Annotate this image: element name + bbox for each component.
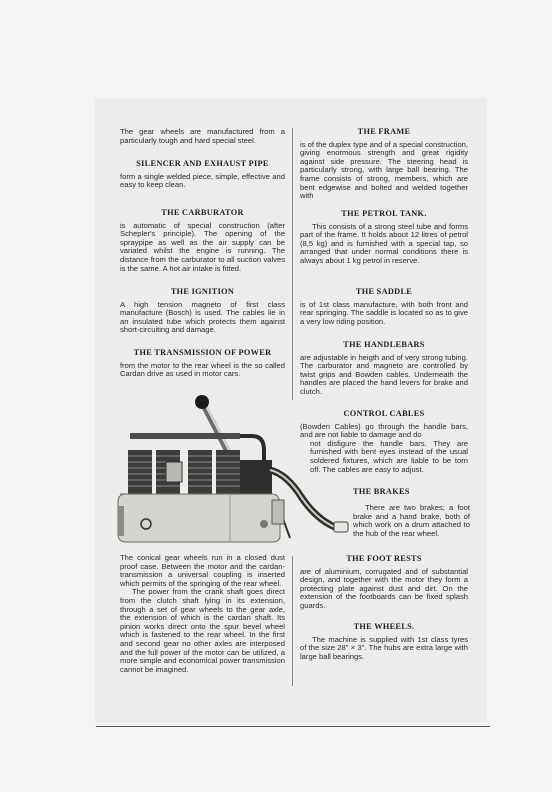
intro-paragraph: The gear wheels are manufactured from a … [120, 128, 285, 145]
section-body: The conical gear wheels run in a closed … [120, 554, 285, 588]
section-control-cables: CONTROL CABLES (Bowden Cables) go throug… [300, 410, 468, 474]
section-heading: THE IGNITION [120, 288, 285, 297]
section-heading: SILENCER AND EXHAUST PIPE [120, 160, 285, 169]
section-heading: THE FRAME [300, 128, 468, 137]
section-heading: THE SADDLE [300, 288, 468, 297]
section-heading: THE FOOT RESTS [300, 555, 468, 564]
section-heading: THE BRAKES [353, 488, 470, 497]
section-brakes: THE BRAKES There are two brakes; a foot … [353, 488, 470, 546]
section-heading: THE HANDLEBARS [300, 341, 468, 350]
section-body: (Bowden Cables) go through the handle ba… [300, 423, 468, 440]
section-body: There are two brakes; a foot brake and a… [353, 504, 470, 538]
section-heading: THE CARBURATOR [120, 209, 285, 218]
section-body: A high tension magneto of first class ma… [120, 301, 285, 335]
section-frame: THE FRAME is of the duplex type and of a… [300, 128, 468, 201]
bottom-rule [96, 726, 490, 727]
section-body: from the motor to the rear wheel is the … [120, 362, 285, 379]
section-saddle: THE SADDLE is of 1st class manufacture, … [300, 288, 468, 326]
section-foot-rests: THE FOOT RESTS are of aluminium, corruga… [300, 555, 468, 611]
column-divider [292, 556, 293, 686]
section-body: is automatic of special construction (af… [120, 222, 285, 274]
section-body: form a single welded piece, simple, effe… [120, 173, 285, 190]
column-divider [292, 128, 293, 400]
section-silencer: SILENCER AND EXHAUST PIPE form a single … [120, 160, 285, 190]
section-body: not disfigure the handle bars. They are … [300, 440, 468, 474]
section-ignition: THE IGNITION A high tension magneto of f… [120, 288, 285, 335]
section-heading: THE PETROL TANK. [300, 210, 468, 219]
section-transmission: THE TRANSMISSION OF POWER from the motor… [120, 349, 285, 379]
section-handlebars: THE HANDLEBARS are adjustable in heigth … [300, 341, 468, 397]
section-body: is of 1st class manufacture, with both f… [300, 301, 468, 327]
intro-text: The gear wheels are manufactured from a … [120, 128, 285, 145]
section-body: is of the duplex type and of a special c… [300, 141, 468, 201]
section-body: This consists of a strong steel tube and… [300, 223, 468, 266]
section-body: The machine is supplied with 1st class t… [300, 636, 468, 662]
section-heading: CONTROL CABLES [300, 410, 468, 419]
section-body: are adjustable in heigth and of very str… [300, 354, 468, 397]
section-heading: THE WHEELS. [300, 623, 468, 632]
section-body: The power from the crank shaft goes dire… [120, 588, 285, 674]
section-wheels: THE WHEELS. The machine is supplied with… [300, 623, 468, 661]
transmission-continued: The conical gear wheels run in a closed … [120, 554, 285, 674]
section-petrol-tank: THE PETROL TANK. This consists of a stro… [300, 210, 468, 266]
section-carburator: THE CARBURATOR is automatic of special c… [120, 209, 285, 273]
section-body: are of aluminium, corrugated and of subs… [300, 568, 468, 611]
section-heading: THE TRANSMISSION OF POWER [120, 349, 285, 358]
